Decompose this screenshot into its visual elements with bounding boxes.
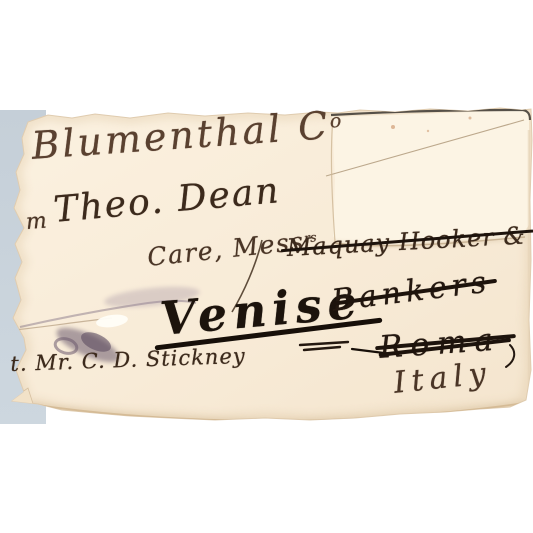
flap-patch bbox=[332, 110, 529, 246]
envelope-scan: Blumenthal Co m Theo. Dean Care, Messrs … bbox=[0, 0, 533, 533]
foxing-spot bbox=[469, 117, 472, 120]
foxing-spot bbox=[427, 130, 429, 132]
foxing-spot bbox=[391, 125, 395, 129]
foxing-spot bbox=[223, 195, 226, 198]
envelope-artwork bbox=[0, 0, 533, 533]
